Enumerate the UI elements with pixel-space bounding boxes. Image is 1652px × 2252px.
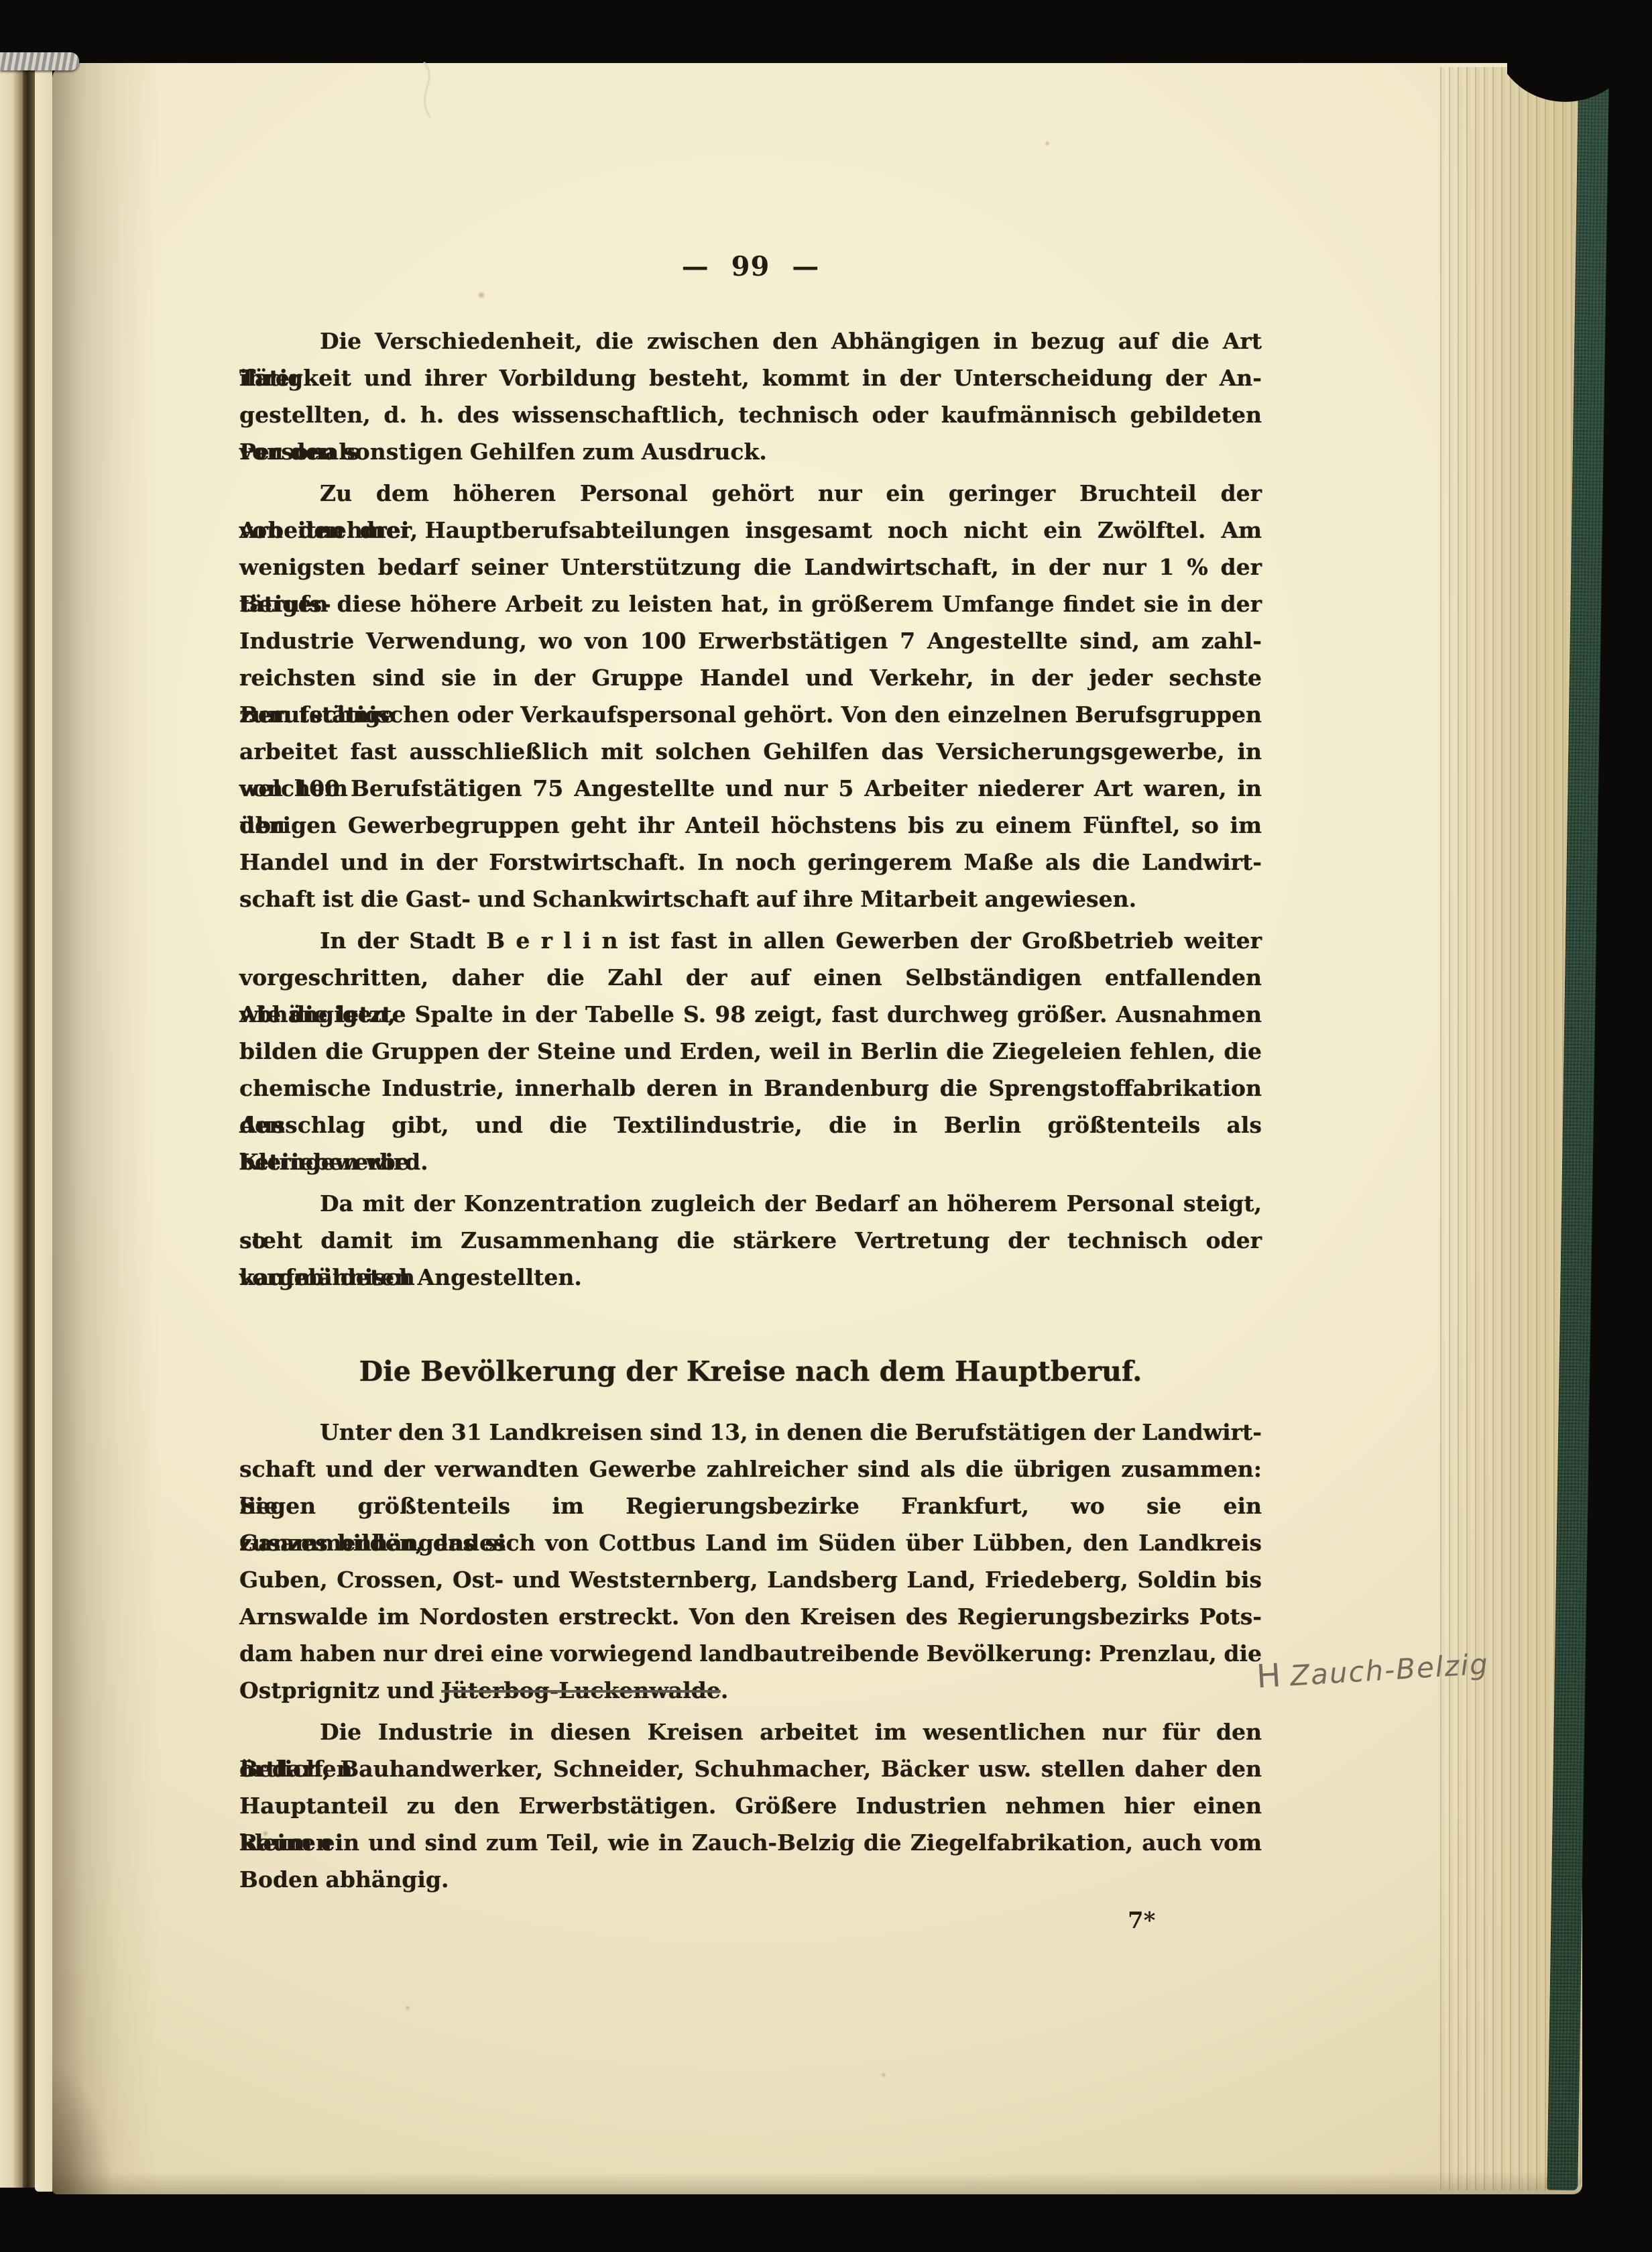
paragraph: Die Verschiedenheit, die zwischen den Ab… xyxy=(239,323,1262,470)
text-line: Ausschlag gibt, und die Textilindustrie,… xyxy=(239,1107,1262,1143)
text-line: Ganzes bilden, das sich von Cottbus Land… xyxy=(239,1524,1262,1561)
text-line: Raum ein und sind zum Teil, wie in Zauch… xyxy=(239,1824,1262,1861)
page-text: — 99 — Die Verschiedenheit, die zwischen… xyxy=(239,63,1262,2194)
text-line: vorgebildeten Angestellten. xyxy=(239,1259,1262,1296)
text-line: von den drei Hauptberufsabteilungen insg… xyxy=(239,512,1262,549)
text-line: zum technischen oder Verkaufspersonal ge… xyxy=(239,696,1262,733)
text-line: Zu dem höheren Personal gehört nur ein g… xyxy=(239,475,1262,512)
thread xyxy=(392,60,453,121)
text-line: Unter den 31 Landkreisen sind 13, in den… xyxy=(239,1414,1262,1451)
text-line: wie die letzte Spalte in der Tabelle S. … xyxy=(239,996,1262,1033)
text-line: Industrie Verwendung, wo von 100 Erwerbs… xyxy=(239,622,1262,659)
signature-mark: 7* xyxy=(239,1903,1262,1939)
text-line: Die Industrie in diesen Kreisen arbeitet… xyxy=(239,1713,1262,1750)
paragraph: Unter den 31 Landkreisen sind 13, in den… xyxy=(239,1414,1262,1709)
text-line: dam haben nur drei eine vorwiegend landb… xyxy=(239,1635,1262,1672)
text-line: Guben, Crossen, Ost- und Weststernberg, … xyxy=(239,1561,1262,1598)
page-edge-left-strip xyxy=(0,66,23,2188)
text-line: bilden die Gruppen der Steine und Erden,… xyxy=(239,1033,1262,1070)
paragraph: Die Industrie in diesen Kreisen arbeitet… xyxy=(239,1713,1262,1898)
page-number: — 99 — xyxy=(239,251,1262,282)
book-page: — 99 — Die Verschiedenheit, die zwischen… xyxy=(52,63,1582,2194)
paragraph: Da mit der Konzentration zugleich der Be… xyxy=(239,1185,1262,1296)
text-line: steht damit im Zusammenhang die stärkere… xyxy=(239,1222,1262,1259)
text-line: Bedarf, Bauhandwerker, Schneider, Schuhm… xyxy=(239,1750,1262,1787)
line-prefix: Ostprignitz und xyxy=(239,1677,441,1703)
text-line: betrieben wird. xyxy=(239,1143,1262,1180)
book-scan: — 99 — Die Verschiedenheit, die zwischen… xyxy=(0,0,1652,2252)
text-line: Die Verschiedenheit, die zwischen den Ab… xyxy=(239,323,1262,359)
bottom-left-curl-shadow xyxy=(52,2007,139,2194)
text-line: von 100 Berufstätigen 75 Angestellte und… xyxy=(239,770,1262,807)
text-line: chemische Industrie, innerhalb deren in … xyxy=(239,1070,1262,1107)
text-line: Ostprignitz und Jüterbog-Luckenwalde. xyxy=(239,1672,1262,1709)
text-line: Tätigkeit und ihrer Vorbildung besteht, … xyxy=(239,359,1262,396)
text-line: Arnswalde im Nordosten erstreckt. Von de… xyxy=(239,1598,1262,1635)
book-headband xyxy=(0,52,79,70)
page-edge-left-strip-2 xyxy=(35,64,52,2192)
text-flow: Die Verschiedenheit, die zwischen den Ab… xyxy=(239,323,1262,1939)
text-line: reichsten sind sie in der Gruppe Handel … xyxy=(239,659,1262,696)
text-line: Hauptanteil zu den Erwerbstätigen. Größe… xyxy=(239,1787,1262,1824)
line-suffix: . xyxy=(721,1677,729,1703)
section-heading: Die Bevölkerung der Kreise nach dem Haup… xyxy=(239,1353,1262,1390)
text-line: Da mit der Konzentration zugleich der Be… xyxy=(239,1185,1262,1222)
text-line: gestellten, d. h. des wissenschaftlich, … xyxy=(239,396,1262,433)
text-line: In der Stadt B e r l i n ist fast in all… xyxy=(239,922,1262,959)
gutter-shadow xyxy=(52,63,160,2194)
paragraph: Zu dem höheren Personal gehört nur ein g… xyxy=(239,475,1262,917)
text-line: wenigsten bedarf seiner Unterstützung di… xyxy=(239,549,1262,585)
text-line: übrigen Gewerbegruppen geht ihr Anteil h… xyxy=(239,807,1262,844)
text-line: vorgeschritten, daher die Zahl der auf e… xyxy=(239,959,1262,996)
correction-mark: H xyxy=(1256,1656,1282,1695)
text-line: schaft und der verwandten Gewerbe zahlre… xyxy=(239,1451,1262,1487)
text-line: Handel und in der Forstwirtschaft. In no… xyxy=(239,844,1262,881)
struck-text: Jüterbog-Luckenwalde xyxy=(441,1677,721,1703)
paragraph: In der Stadt B e r l i n ist fast in all… xyxy=(239,922,1262,1180)
text-line: liegen größtenteils im Regierungsbezirke… xyxy=(239,1487,1262,1524)
text-line: tätigen diese höhere Arbeit zu leisten h… xyxy=(239,585,1262,622)
text-line: von den sonstigen Gehilfen zum Ausdruck. xyxy=(239,433,1262,470)
text-line: schaft ist die Gast- und Schankwirtschaf… xyxy=(239,881,1262,917)
text-line: arbeitet fast ausschließlich mit solchen… xyxy=(239,733,1262,770)
text-line: Boden abhängig. xyxy=(239,1861,1262,1898)
gutter-gap-shadow xyxy=(23,66,35,2188)
